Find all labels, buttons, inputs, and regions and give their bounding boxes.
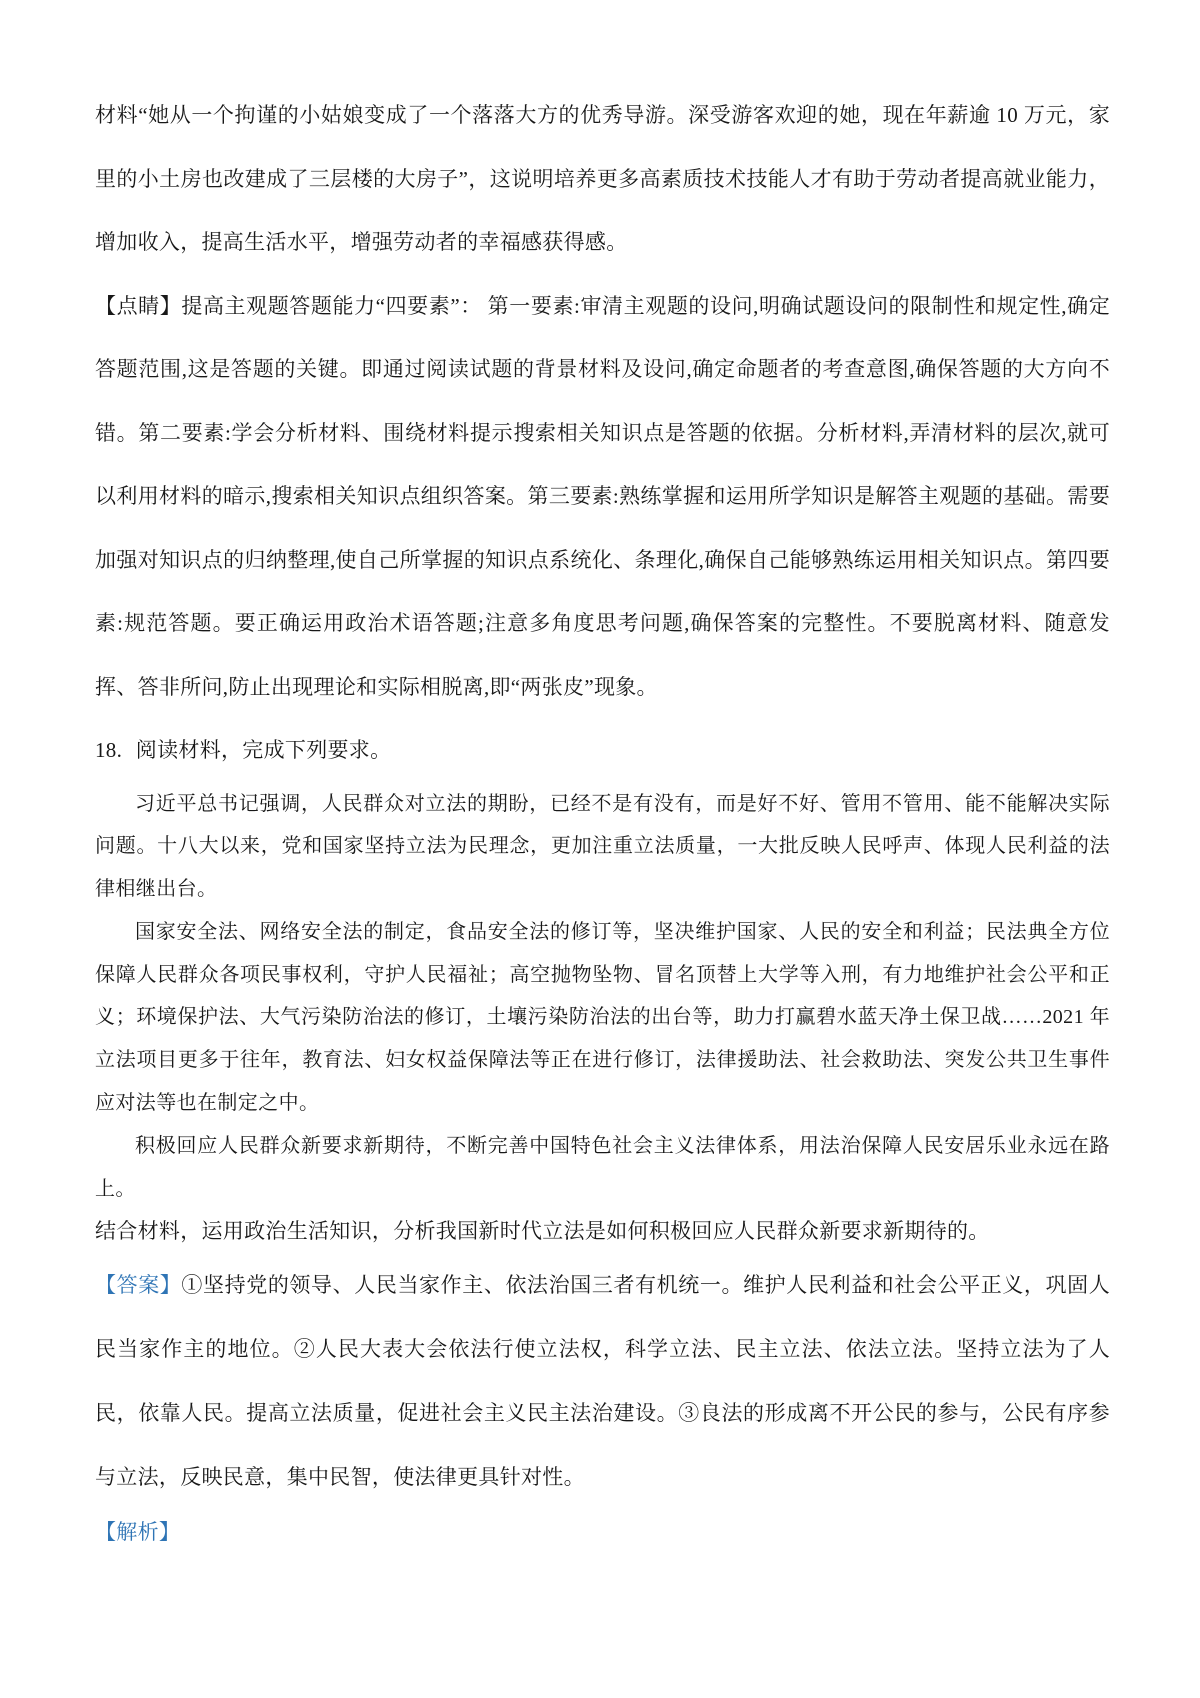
intro-paragraph: 材料“她从一个拘谨的小姑娘变成了一个落落大方的优秀导游。深受游客欢迎的她，现在年… — [95, 84, 1110, 275]
material-paragraph-2: 国家安全法、网络安全法的制定，食品安全法的修订等，坚决维护国家、人民的安全和利益… — [95, 911, 1110, 1125]
question-material-section: 习近平总书记强调，人民群众对立法的期盼，已经不是有没有，而是好不好、管用不管用、… — [95, 783, 1110, 1211]
analysis-paragraph: 【解析】 — [95, 1509, 1110, 1555]
material-paragraph-3: 积极回应人民群众新要求新期待，不断完善中国特色社会主义法律体系，用法治保障人民安… — [95, 1125, 1110, 1211]
dianjing-paragraph: 【点睛】提高主观题答题能力“四要素”： 第一要素:审清主观题的设问,明确试题设问… — [95, 275, 1110, 720]
explanation-section: 材料“她从一个拘谨的小姑娘变成了一个落落大方的优秀导游。深受游客欢迎的她，现在年… — [95, 84, 1110, 719]
dianjing-text: 提高主观题答题能力“四要素”： 第一要素:审清主观题的设问,明确试题设问的限制性… — [95, 294, 1110, 699]
document-page: 材料“她从一个拘谨的小姑娘变成了一个落落大方的优秀导游。深受游客欢迎的她，现在年… — [0, 0, 1200, 1698]
question-title: 阅读材料，完成下列要求。 — [136, 738, 392, 762]
question-18-heading: 18.阅读材料，完成下列要求。 — [95, 719, 1110, 783]
material-paragraph-1: 习近平总书记强调，人民群众对立法的期盼，已经不是有没有，而是好不好、管用不管用、… — [95, 783, 1110, 911]
task-line: 结合材料，运用政治生活知识，分析我国新时代立法是如何积极回应人民群众新要求新期待… — [95, 1210, 1110, 1253]
answer-label: 【答案】 — [95, 1273, 181, 1297]
analysis-label: 【解析】 — [95, 1520, 180, 1544]
answer-paragraph: 【答案】①坚持党的领导、人民当家作主、依法治国三者有机统一。维护人民利益和社会公… — [95, 1253, 1110, 1509]
question-number: 18. — [95, 738, 122, 762]
dianjing-label: 【点睛】 — [95, 294, 181, 318]
answer-text: ①坚持党的领导、人民当家作主、依法治国三者有机统一。维护人民利益和社会公平正义，… — [95, 1273, 1110, 1489]
